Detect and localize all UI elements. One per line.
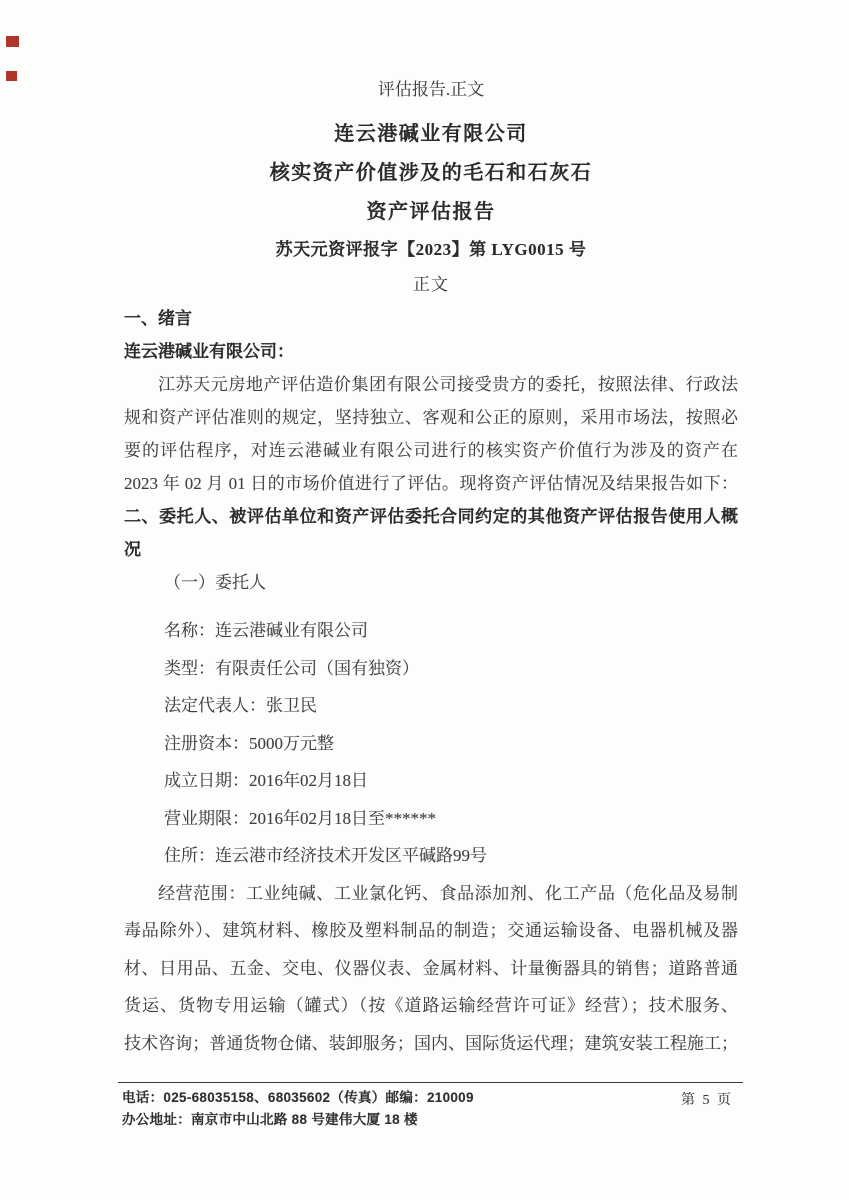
page-number: 第 5 页 [681, 1083, 743, 1109]
doc-type-label: 评估报告.正文 [124, 78, 738, 102]
client-info-line-address: 住所：连云港市经济技术开发区平碱路99号 [164, 837, 738, 875]
business-scope-line: 毒品除外）、建筑材料、橡胶及塑料制品的制造；交通运输设备、电器机械及器 [124, 912, 738, 950]
intro-paragraph-line: 江苏天元房地产评估造价集团有限公司接受贵方的委托，按照法律、行政法 [124, 368, 738, 401]
footer-address-line: 办公地址：南京市中山北路 88 号建伟大厦 18 楼 [122, 1109, 474, 1131]
intro-paragraph-line: 要的评估程序，对连云港碱业有限公司进行的核实资产价值行为涉及的资产在 [124, 434, 738, 467]
title-subject: 核实资产价值涉及的毛石和石灰石 [124, 154, 738, 193]
business-scope: 经营范围：工业纯碱、工业氯化钙、食品添加剂、化工产品（危化品及易制 毒品除外）、… [124, 875, 738, 1063]
footer-contact-block: 电话：025-68035158、68035602（传真）邮编：210009 办公… [118, 1083, 474, 1131]
page-content: 评估报告.正文 连云港碱业有限公司 核实资产价值涉及的毛石和石灰石 资产评估报告… [124, 78, 738, 1062]
client-info-line-legal-rep: 法定代表人：张卫民 [164, 687, 738, 725]
page-footer: 电话：025-68035158、68035602（传真）邮编：210009 办公… [118, 1082, 743, 1131]
client-info-line-founding-date: 成立日期：2016年02月18日 [164, 762, 738, 800]
salutation: 连云港碱业有限公司： [124, 335, 738, 368]
business-scope-line: 技术咨询；普通货物仓储、装卸服务；国内、国际货运代理；建筑安装工程施工； [124, 1025, 738, 1063]
section-2-heading-line: 二、委托人、被评估单位和资产评估委托合同约定的其他资产评估报告使用人概 [124, 500, 738, 533]
title-company: 连云港碱业有限公司 [124, 115, 738, 154]
footer-phone-line: 电话：025-68035158、68035602（传真）邮编：210009 [122, 1087, 474, 1109]
body-section-label: 正文 [124, 267, 738, 302]
client-info-line-business-term: 营业期限：2016年02月18日至****** [164, 800, 738, 838]
section-1-heading: 一、绪言 [124, 302, 738, 335]
title-report-type: 资产评估报告 [124, 193, 738, 232]
client-info-line-registered-capital: 注册资本：5000万元整 [164, 725, 738, 763]
client-info-line-name: 名称：连云港碱业有限公司 [164, 612, 738, 650]
intro-paragraph-line: 2023 年 02 月 01 日的市场价值进行了评估。现将资产评估情况及结果报告… [124, 467, 738, 500]
red-scan-mark [6, 36, 19, 47]
doc-number: 苏天元资评报字【2023】第 LYG0015 号 [124, 232, 738, 267]
section-2-heading-line: 况 [124, 533, 738, 566]
business-scope-line: 经营范围：工业纯碱、工业氯化钙、食品添加剂、化工产品（危化品及易制 [124, 875, 738, 913]
business-scope-line: 材、日用品、五金、交电、仪器仪表、金属材料、计量衡器具的销售；道路普通 [124, 950, 738, 988]
client-info-line-type: 类型：有限责任公司（国有独资） [164, 650, 738, 688]
intro-paragraph-line: 规和资产评估准则的规定，坚持独立、客观和公正的原则，采用市场法，按照必 [124, 401, 738, 434]
business-scope-line: 货运、货物专用运输（罐式）（按《道路运输经营许可证》经营）；技术服务、 [124, 987, 738, 1025]
client-info-list: 名称：连云港碱业有限公司 类型：有限责任公司（国有独资） 法定代表人：张卫民 注… [124, 612, 738, 875]
subsection-heading-client: （一）委托人 [124, 566, 738, 600]
red-scan-mark [6, 71, 17, 81]
report-page: 评估报告.正文 连云港碱业有限公司 核实资产价值涉及的毛石和石灰石 资产评估报告… [0, 0, 849, 1200]
intro-section: 一、绪言 连云港碱业有限公司： 江苏天元房地产评估造价集团有限公司接受贵方的委托… [124, 302, 738, 566]
